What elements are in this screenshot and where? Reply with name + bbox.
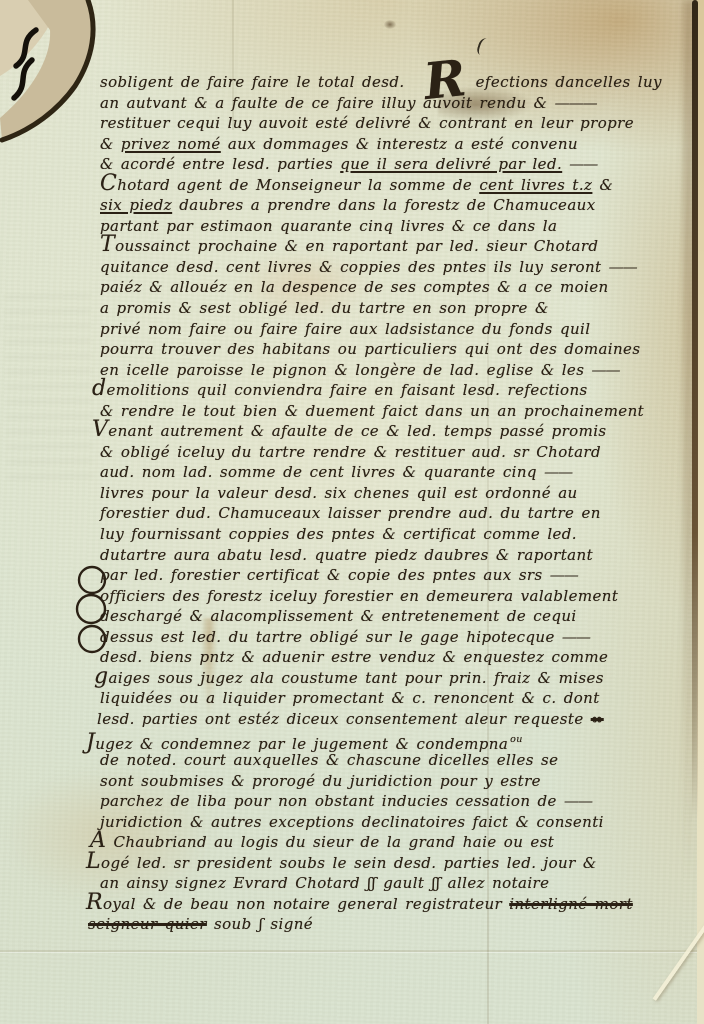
manuscript-line: Toussainct prochaine & en raportant par … <box>100 236 692 257</box>
manuscript-line: de noted. court auxquelles & chascune di… <box>100 750 692 771</box>
manuscript-line: pourra trouver des habitans ou particuli… <box>100 339 692 360</box>
manuscript-line: liquidées ou a liquider promectant & c. … <box>100 688 692 709</box>
ink-curl-mark <box>476 36 494 57</box>
manuscript-line: A Chaubriand au logis du sieur de la gra… <box>90 832 692 853</box>
underlying-sheet-edge <box>697 0 704 1024</box>
manuscript-line: & obligé iceluy du tartre rendre & resti… <box>100 442 692 463</box>
paper-spot <box>384 20 396 29</box>
manuscript-line: seigneur quier soub ʃ signé <box>88 914 692 935</box>
manuscript-line: Jugez & condemnez par le jugement & cond… <box>86 730 692 751</box>
manuscript-line: paiéz & allouéz en la despence de ses co… <box>100 277 692 298</box>
manuscript-line: & rendre le tout bien & duement faict da… <box>100 401 692 422</box>
manuscript-line: & privez nomé aux dommages & interestz a… <box>100 134 692 155</box>
verso-show-through <box>4 287 93 478</box>
manuscript-line: dutartre aura abatu lesd. quatre piedz d… <box>100 545 692 566</box>
page-edge-line <box>692 0 698 820</box>
manuscript-line: Venant autrement & afaulte de ce & led. … <box>92 421 692 442</box>
manuscript-line: & acordé entre lesd. parties que il sera… <box>100 154 692 175</box>
manuscript-photo: sobligent de faire faire le total desd. … <box>0 0 704 1024</box>
manuscript-line: demolitions quil conviendra faire en fai… <box>92 380 692 401</box>
manuscript-line: restituer cequi luy auvoit esté delivré … <box>100 113 692 134</box>
manuscript-line: forestier dud. Chamuceaux laisser prendr… <box>100 503 692 524</box>
manuscript-line: aud. nom lad. somme de cent livres & qua… <box>100 462 692 483</box>
manuscript-lines: sobligent de faire faire le total desd. … <box>100 72 692 935</box>
manuscript-line: en icelle paroisse le pignon & longère d… <box>100 360 692 381</box>
manuscript-line: parchez de liba pour non obstant inducie… <box>100 791 692 812</box>
manuscript-line: dessus est led. du tartre obligé sur le … <box>100 627 692 648</box>
manuscript-line: gaiges sous jugez ala coustume tant pour… <box>94 668 692 689</box>
manuscript-line: luy fournissant coppies des pntes & cert… <box>100 524 692 545</box>
manuscript-line: sont soubmises & prorogé du juridiction … <box>100 771 692 792</box>
manuscript-line: juridiction & autres exceptions declinat… <box>100 812 692 833</box>
manuscript-line: desd. biens pntz & aduenir estre venduz … <box>100 647 692 668</box>
manuscript-line: Royal & de beau non notaire general regi… <box>86 894 692 915</box>
manuscript-line: deschargé & alacomplissement & entretene… <box>100 606 692 627</box>
manuscript-line: a promis & sest obligé led. du tartre en… <box>100 298 692 319</box>
manuscript-line: privé nom faire ou faire faire aux ladsi… <box>100 319 692 340</box>
manuscript-line: six piedz daubres a prendre dans la fore… <box>100 195 692 216</box>
manuscript-line: sobligent de faire faire le total desd. … <box>100 72 692 93</box>
horizontal-crease <box>0 950 704 952</box>
manuscript-line: partant par estimaon quarante cinq livre… <box>100 216 692 237</box>
manuscript-line: an ainsy signez Evrard Chotard ʃʃ gault … <box>100 873 692 894</box>
manuscript-line: officiers des forestz iceluy forestier e… <box>100 586 692 607</box>
manuscript-line: par led. forestier certificat & copie de… <box>100 565 692 586</box>
manuscript-line: an autvant & a faulte de ce faire illuy … <box>100 93 692 114</box>
manuscript-line: lesd. parties ont estéz diceux consentem… <box>97 709 692 730</box>
manuscript-line: quitance desd. cent livres & coppies des… <box>100 257 692 278</box>
manuscript-line: livres pour la valeur desd. six chenes q… <box>100 483 692 504</box>
manuscript-line: Logé led. sr president soubs le sein des… <box>86 853 692 874</box>
manuscript-line: Chotard agent de Monseigneur la somme de… <box>100 175 692 196</box>
